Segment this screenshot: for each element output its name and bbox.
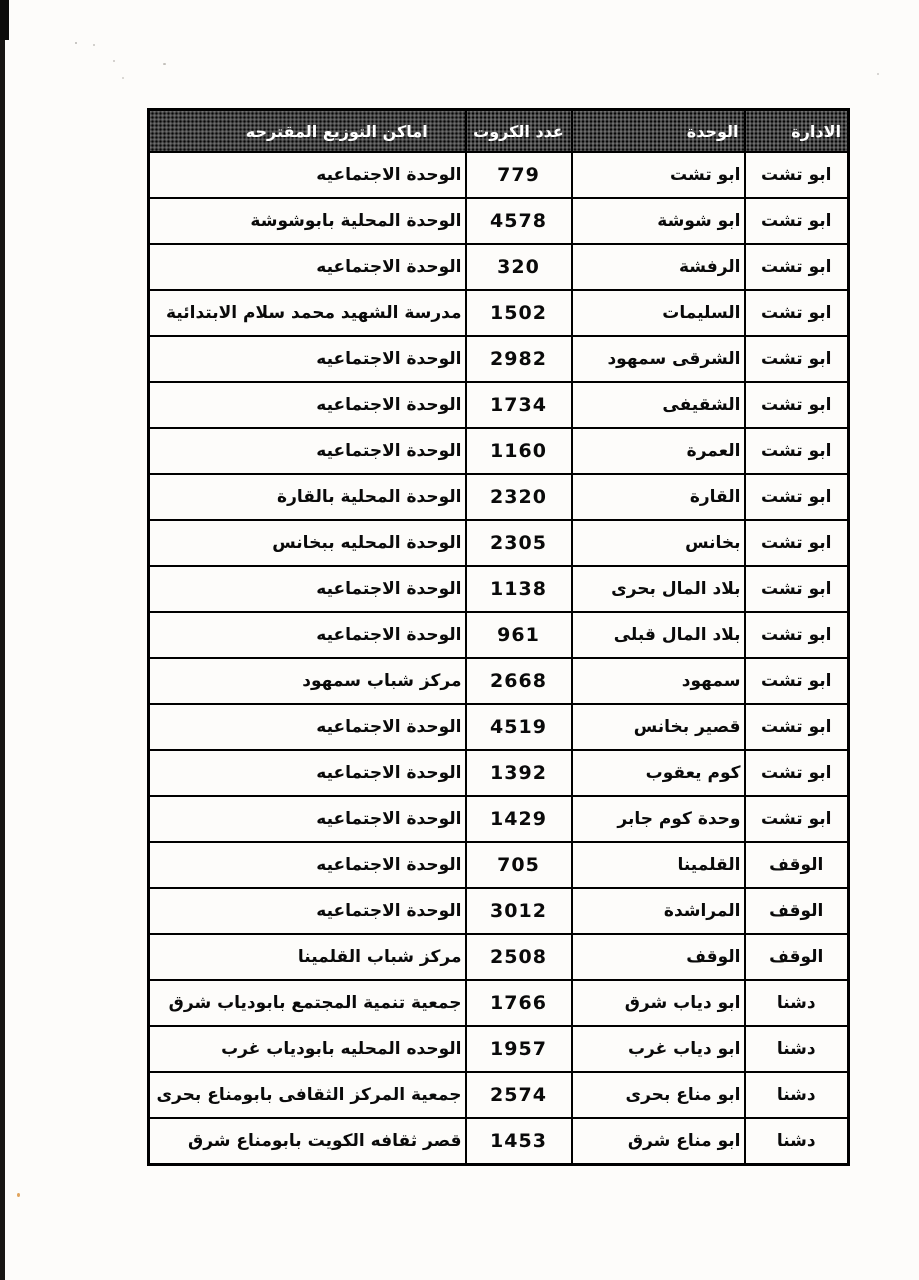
cell-admin: ابو تشت [745,704,849,750]
table-row: ابو تشتقصير بخانس4519الوحدة الاجتماعيه [149,704,849,750]
scan-speck [113,60,115,62]
scan-corner-artifact [0,0,9,40]
col-header-admin: الادارة [745,110,849,153]
cell-unit: قصير بخانس [572,704,745,750]
cell-admin: دشنا [745,1118,849,1165]
cell-unit: السليمات [572,290,745,336]
cell-cards: 2305 [466,520,572,566]
cell-cards: 4578 [466,198,572,244]
table-row: ابو تشتالسليمات1502مدرسة الشهيد محمد سلا… [149,290,849,336]
table-row: ابو تشتسمهود2668مركز شباب سمهود [149,658,849,704]
cell-admin: ابو تشت [745,612,849,658]
cell-unit: القارة [572,474,745,520]
table-row: الوقفالقلمينا705الوحدة الاجتماعيه [149,842,849,888]
table-row: دشناابو دياب غرب1957الوحده المحليه بابود… [149,1026,849,1072]
cell-cards: 1138 [466,566,572,612]
cell-cards: 3012 [466,888,572,934]
cell-places: الوحدة الاجتماعيه [149,704,466,750]
cell-cards: 320 [466,244,572,290]
cell-places: الوحدة المحلية بابوشوشة [149,198,466,244]
col-header-unit: الوحدة [572,110,745,153]
cell-places: الوحدة المحليه ببخانس [149,520,466,566]
cell-places: الوحدة المحلية بالقارة [149,474,466,520]
table-row: ابو تشتابو شوشة4578الوحدة المحلية بابوشو… [149,198,849,244]
cell-admin: الوقف [745,842,849,888]
cell-unit: كوم يعقوب [572,750,745,796]
scan-edge-artifact [0,0,5,1280]
scan-speck [163,63,166,65]
cell-unit: ابو شوشة [572,198,745,244]
cell-unit: بلاد المال بحرى [572,566,745,612]
cell-places: الوحده المحليه بابودياب غرب [149,1026,466,1072]
table-row: ابو تشتالعمرة1160الوحدة الاجتماعيه [149,428,849,474]
table-row: دشناابو مناع بحرى2574جمعية المركز الثقاف… [149,1072,849,1118]
cell-unit: الوقف [572,934,745,980]
cell-admin: ابو تشت [745,290,849,336]
cell-unit: بخانس [572,520,745,566]
cell-admin: ابو تشت [745,750,849,796]
scanned-page: الادارة الوحدة عدد الكروت اماكن التوزيع … [0,0,919,1280]
cell-unit: وحدة كوم جابر [572,796,745,842]
cell-admin: ابو تشت [745,336,849,382]
cell-cards: 2574 [466,1072,572,1118]
cell-admin: ابو تشت [745,658,849,704]
cell-places: الوحدة الاجتماعيه [149,796,466,842]
scan-speck [122,77,124,79]
cell-places: الوحدة الاجتماعيه [149,566,466,612]
cell-cards: 2982 [466,336,572,382]
table-row: ابو تشتبلاد المال قبلى961الوحدة الاجتماع… [149,612,849,658]
cell-cards: 2668 [466,658,572,704]
cell-admin: دشنا [745,1072,849,1118]
table-row: دشناابو مناع شرق1453قصر ثقافه الكويت باب… [149,1118,849,1165]
table-row: ابو تشتبخانس2305الوحدة المحليه ببخانس [149,520,849,566]
cell-unit: الشرقى سمهود [572,336,745,382]
cell-admin: ابو تشت [745,152,849,198]
cell-cards: 2320 [466,474,572,520]
cell-admin: ابو تشت [745,474,849,520]
table-row: ابو تشتالرفشة320الوحدة الاجتماعيه [149,244,849,290]
cell-cards: 1392 [466,750,572,796]
table-row: ابو تشتالقارة2320الوحدة المحلية بالقارة [149,474,849,520]
cell-unit: المراشدة [572,888,745,934]
table-row: الوقفالوقف2508مركز شباب القلمينا [149,934,849,980]
cell-places: الوحدة الاجتماعيه [149,336,466,382]
cell-unit: سمهود [572,658,745,704]
table-row: ابو تشتالشقيفى1734الوحدة الاجتماعيه [149,382,849,428]
cell-cards: 1453 [466,1118,572,1165]
distribution-table: الادارة الوحدة عدد الكروت اماكن التوزيع … [147,108,850,1166]
cell-places: قصر ثقافه الكويت بابومناع شرق [149,1118,466,1165]
scan-speck [17,1193,20,1197]
table-row: ابو تشتبلاد المال بحرى1138الوحدة الاجتما… [149,566,849,612]
scan-speck [877,73,879,75]
cell-unit: الشقيفى [572,382,745,428]
cell-cards: 779 [466,152,572,198]
cell-cards: 1160 [466,428,572,474]
cell-places: مدرسة الشهيد محمد سلام الابتدائية [149,290,466,336]
col-header-cards: عدد الكروت [466,110,572,153]
table-row: دشناابو دياب شرق1766جمعية تنمية المجتمع … [149,980,849,1026]
cell-places: مركز شباب القلمينا [149,934,466,980]
cell-places: الوحدة الاجتماعيه [149,152,466,198]
table-row: ابو تشتوحدة كوم جابر1429الوحدة الاجتماعي… [149,796,849,842]
cell-admin: دشنا [745,1026,849,1072]
table-row: ابو تشتابو تشت779الوحدة الاجتماعيه [149,152,849,198]
cell-cards: 1429 [466,796,572,842]
cell-admin: ابو تشت [745,566,849,612]
header-row: الادارة الوحدة عدد الكروت اماكن التوزيع … [149,110,849,153]
cell-cards: 2508 [466,934,572,980]
cell-places: جمعية تنمية المجتمع بابودياب شرق [149,980,466,1026]
cell-places: الوحدة الاجتماعيه [149,842,466,888]
cell-admin: ابو تشت [745,428,849,474]
cell-places: الوحدة الاجتماعيه [149,382,466,428]
cell-cards: 705 [466,842,572,888]
cell-places: الوحدة الاجتماعيه [149,428,466,474]
cell-unit: ابو تشت [572,152,745,198]
cell-admin: ابو تشت [745,520,849,566]
cell-admin: ابو تشت [745,796,849,842]
cell-unit: ابو مناع شرق [572,1118,745,1165]
scan-speck [93,44,95,46]
cell-unit: العمرة [572,428,745,474]
cell-admin: ابو تشت [745,244,849,290]
cell-cards: 1766 [466,980,572,1026]
cell-cards: 1502 [466,290,572,336]
cell-cards: 1734 [466,382,572,428]
col-header-places: اماكن التوزيع المقترحه [149,110,466,153]
cell-unit: القلمينا [572,842,745,888]
cell-places: مركز شباب سمهود [149,658,466,704]
cell-places: الوحدة الاجتماعيه [149,244,466,290]
cell-unit: ابو دياب غرب [572,1026,745,1072]
cell-places: الوحدة الاجتماعيه [149,612,466,658]
cell-places: الوحدة الاجتماعيه [149,888,466,934]
table-row: الوقفالمراشدة3012الوحدة الاجتماعيه [149,888,849,934]
table-row: ابو تشتالشرقى سمهود2982الوحدة الاجتماعيه [149,336,849,382]
cell-places: جمعية المركز الثقافى بابومناع بحرى [149,1072,466,1118]
cell-unit: بلاد المال قبلى [572,612,745,658]
cell-unit: الرفشة [572,244,745,290]
scan-speck [75,42,77,44]
cell-admin: ابو تشت [745,198,849,244]
table-row: ابو تشتكوم يعقوب1392الوحدة الاجتماعيه [149,750,849,796]
cell-cards: 1957 [466,1026,572,1072]
cell-unit: ابو مناع بحرى [572,1072,745,1118]
cell-cards: 4519 [466,704,572,750]
cell-admin: ابو تشت [745,382,849,428]
cell-cards: 961 [466,612,572,658]
cell-places: الوحدة الاجتماعيه [149,750,466,796]
table-header: الادارة الوحدة عدد الكروت اماكن التوزيع … [149,110,849,153]
cell-admin: دشنا [745,980,849,1026]
cell-admin: الوقف [745,888,849,934]
cell-unit: ابو دياب شرق [572,980,745,1026]
cell-admin: الوقف [745,934,849,980]
table-body: ابو تشتابو تشت779الوحدة الاجتماعيهابو تش… [149,152,849,1165]
